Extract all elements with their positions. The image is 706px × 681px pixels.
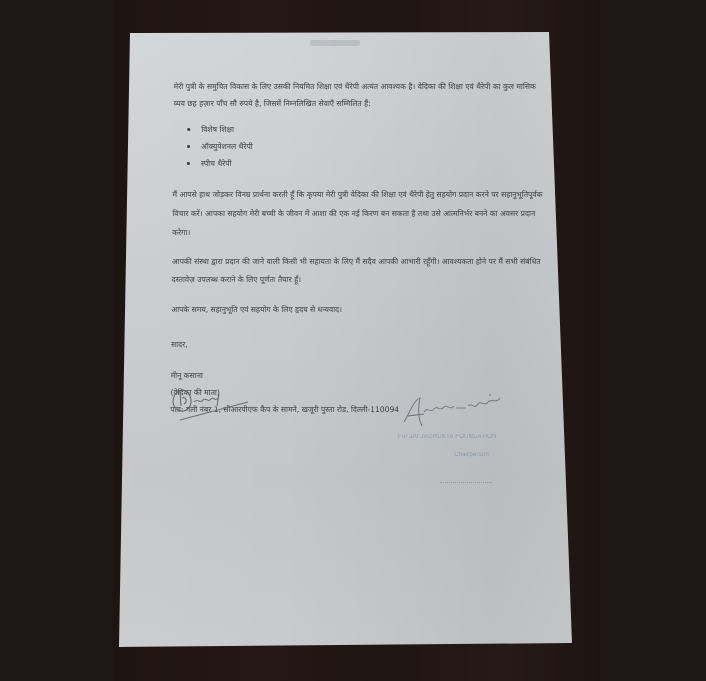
dark-border-right [600,0,706,681]
stamp-dotted-line [440,482,492,484]
dark-border-left [0,0,113,681]
stamp-role: Chairperson [398,452,518,458]
services-list: विशेष शिक्षा ऑक्युपेशनल थैरेपी स्पीच थैर… [173,121,554,172]
service-item: विशेष शिक्षा [185,121,553,138]
service-item: स्पीच थैरेपी [185,155,553,172]
organization-stamp: For JAI JAGRUKTA FOUNDATION Chairperson [398,434,518,458]
paragraph-expenses: मेरी पुत्री के समुचित विकास के लिए उसकी … [173,78,543,112]
letter-body: मेरी पुत्री के समुचित विकास के लिए उसकी … [170,78,554,418]
paragraph-thanks: आपके समय, सहानुभूति एवं सहयोग के लिए हृद… [171,301,551,318]
service-item: ऑक्युपेशनल थैरेपी [185,138,553,155]
faded-header-mark [310,40,360,46]
paragraph-gratitude: आपकी संस्था द्वारा प्रदान की जाने वाली क… [172,253,542,289]
stamp-organization: For JAI JAGRUKTA FOUNDATION [398,434,518,440]
closing-salutation: सादर, [171,336,551,353]
paragraph-request: मैं आपसे हाथ जोड़कर विनम्र प्रार्थना करत… [172,185,543,242]
signature-left-icon [168,380,258,422]
signature-right-icon [400,392,510,432]
